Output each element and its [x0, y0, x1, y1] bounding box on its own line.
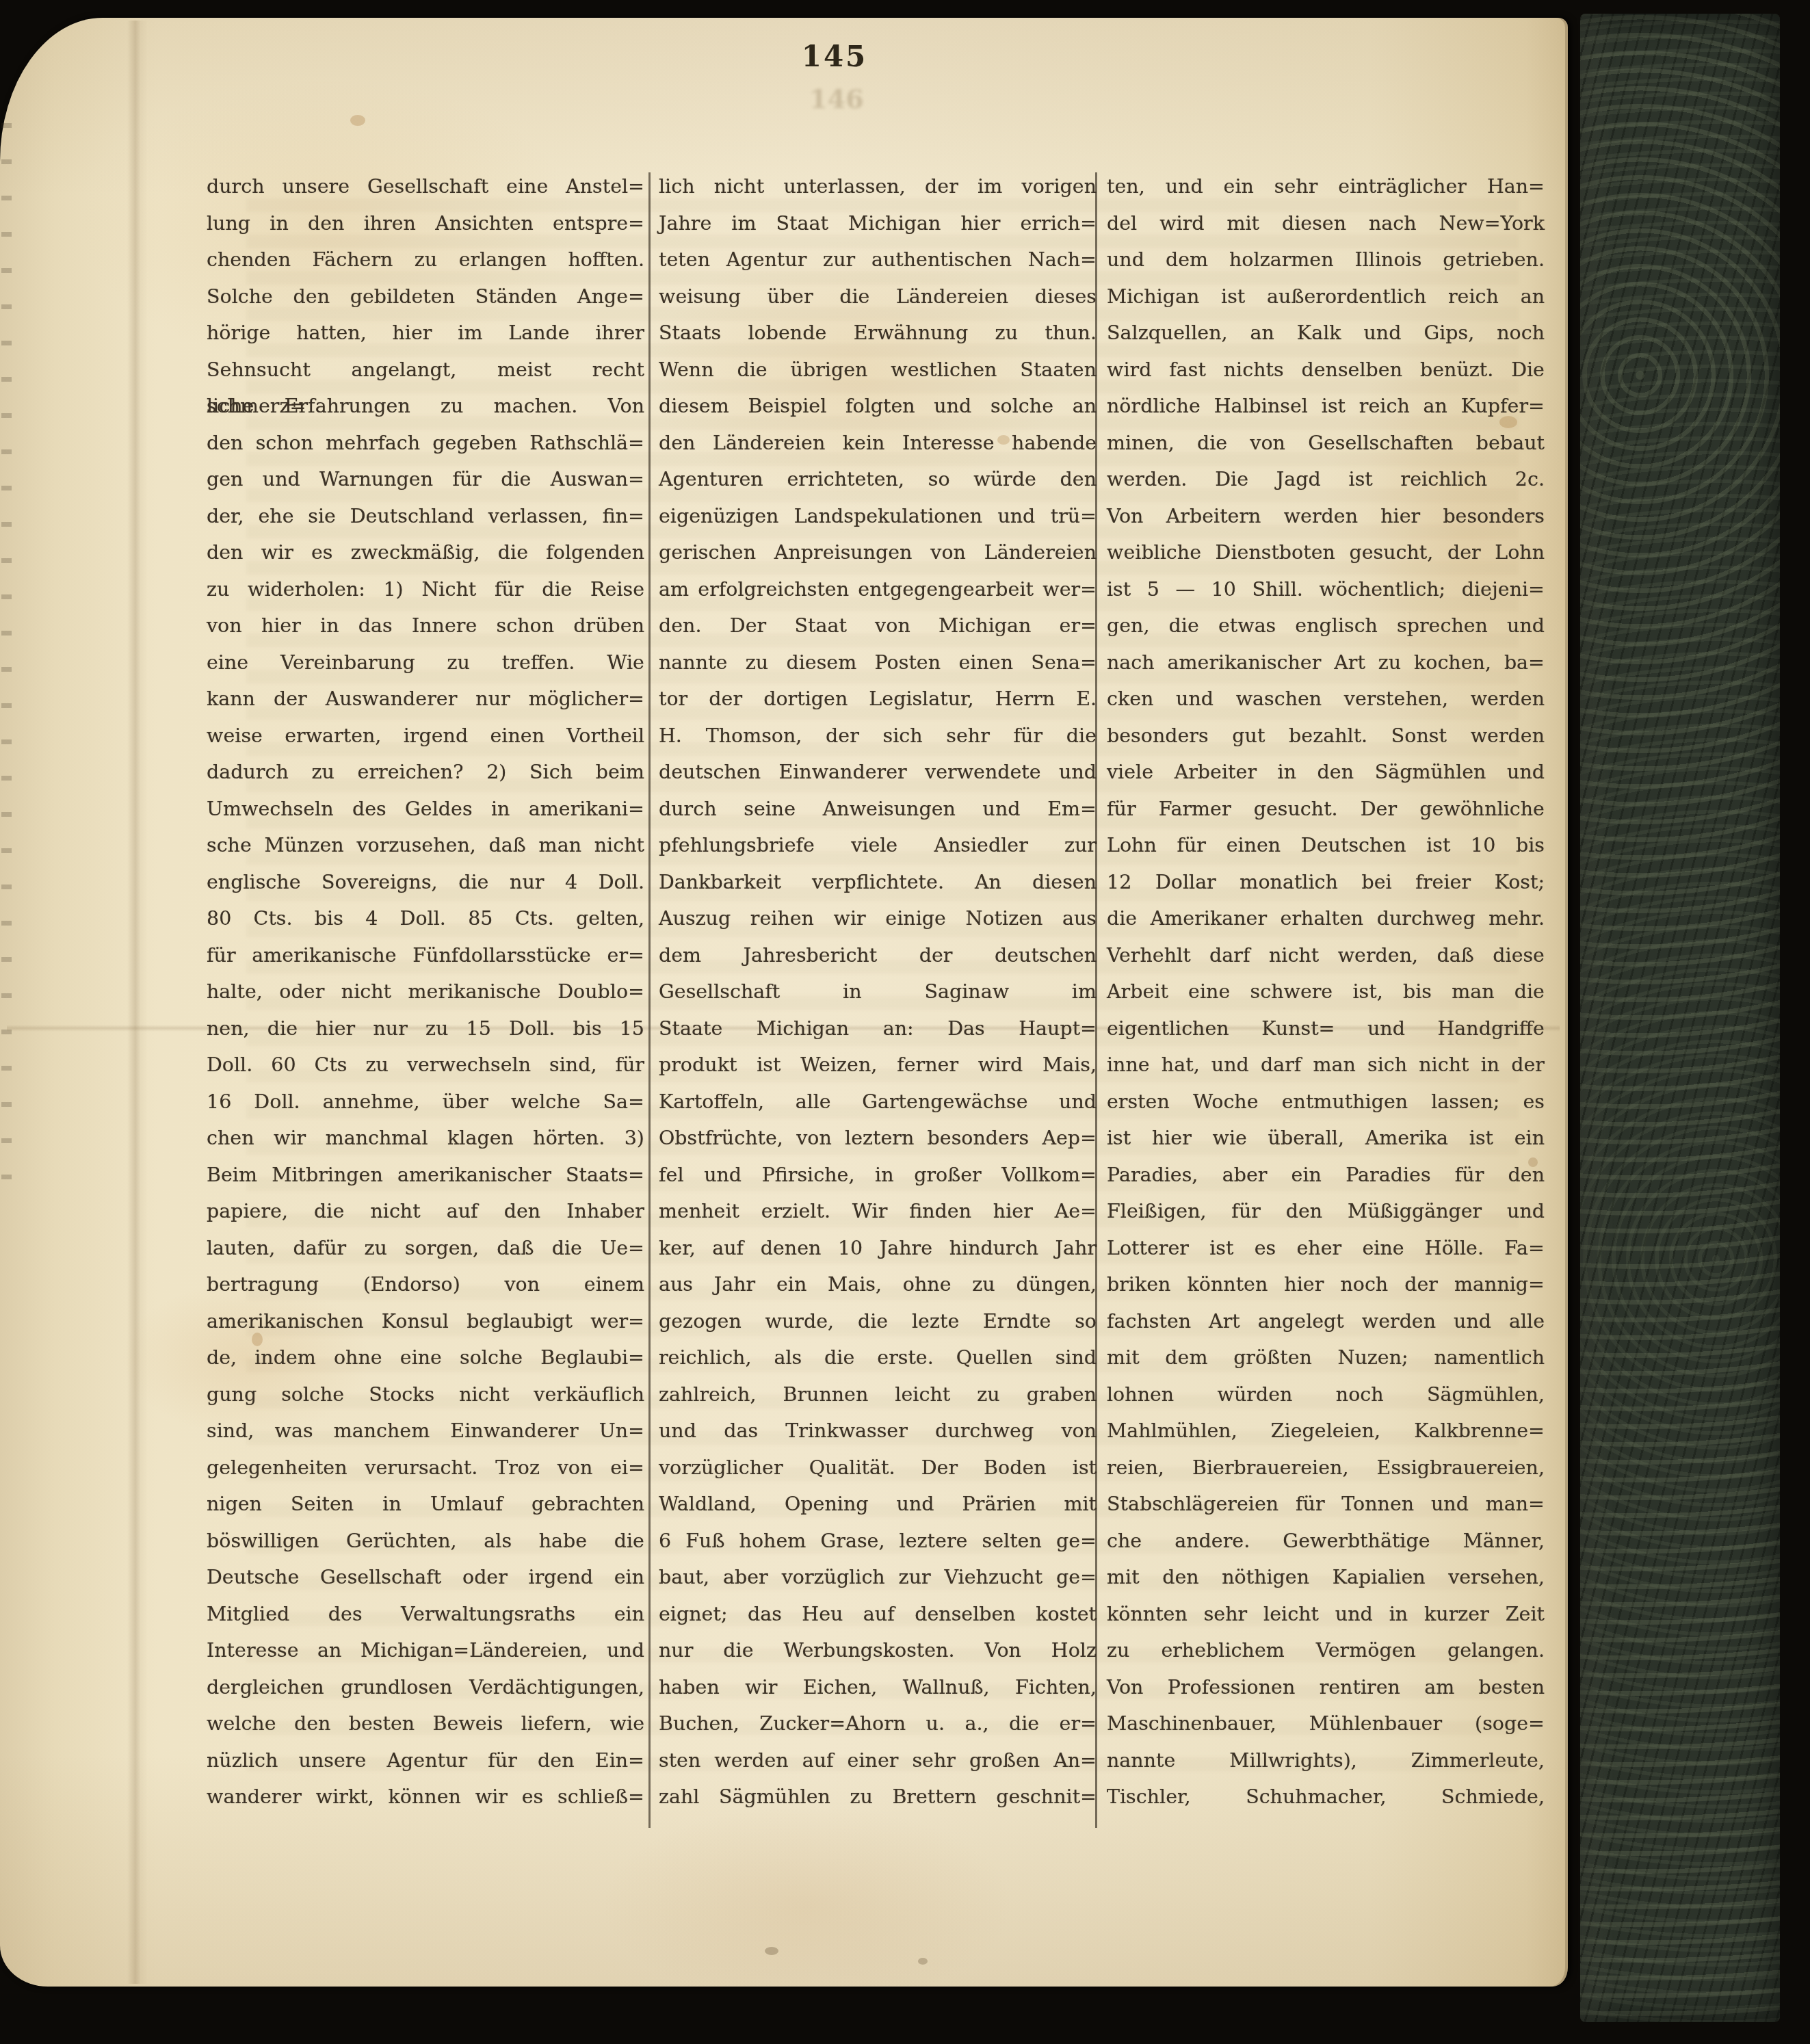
- text-line: eine Vereinbarung zu treffen. Wie: [207, 644, 644, 681]
- text-line: mit dem größten Nuzen; namentlich: [1107, 1339, 1545, 1376]
- text-line: Lohn für einen Deutschen ist 10 bis: [1107, 827, 1545, 864]
- text-line: del wird mit diesen nach New=York: [1107, 205, 1545, 242]
- text-line: nördliche Halbinsel ist reich an Kupfer=: [1107, 388, 1545, 425]
- text-line: Waldland, Opening und Prärien mit: [659, 1486, 1097, 1523]
- text-line: Mahlmühlen, Ziegeleien, Kalkbrenne=: [1107, 1413, 1545, 1450]
- text-line: welche den besten Beweis liefern, wie: [207, 1705, 644, 1742]
- text-line: eignet; das Heu auf denselben kostet: [659, 1596, 1097, 1633]
- text-line: nüzlich unsere Agentur für den Ein=: [207, 1742, 644, 1779]
- text-column-1: durch unsere Gesellschaft eine Anstel=lu…: [207, 168, 644, 1816]
- text-line: Kartoffeln, alle Gartengewächse und: [659, 1084, 1097, 1121]
- text-line: lauten, dafür zu sorgen, daß die Ue=: [207, 1230, 644, 1267]
- text-line: nigen Seiten in Umlauf gebrachten: [207, 1486, 644, 1523]
- text-line: chenden Fächern zu erlangen hofften.: [207, 241, 644, 278]
- text-column-3: ten, und ein sehr einträglicher Han=del …: [1107, 168, 1545, 1816]
- text-line: minen, die von Gesellschaften bebaut: [1107, 425, 1545, 462]
- text-line: viele Arbeiter in den Sägmühlen und: [1107, 754, 1545, 791]
- text-line: zahlreich, Brunnen leicht zu graben: [659, 1376, 1097, 1413]
- text-line: lich nicht unterlassen, der im vorigen: [659, 168, 1097, 205]
- text-line: sten werden auf einer sehr großen An=: [659, 1742, 1097, 1779]
- text-line: Gesellschaft in Saginaw im: [659, 973, 1097, 1010]
- text-line: papiere, die nicht auf den Inhaber: [207, 1193, 644, 1230]
- foxing-spot: [765, 1947, 778, 1955]
- text-line: für Farmer gesucht. Der gewöhnliche: [1107, 791, 1545, 828]
- bleedthrough-page-number: 146: [792, 83, 881, 114]
- text-line: und dem holzarmen Illinois getrieben.: [1107, 241, 1545, 278]
- text-line: durch seine Anweisungen und Em=: [659, 791, 1097, 828]
- text-line: Staats lobende Erwähnung zu thun.: [659, 315, 1097, 352]
- text-line: Deutsche Gesellschaft oder irgend ein: [207, 1559, 644, 1596]
- text-line: der, ehe sie Deutschland verlassen, fin=: [207, 498, 644, 535]
- text-line: sche Münzen vorzusehen, daß man nicht: [207, 827, 644, 864]
- text-line: reien, Bierbrauereien, Essigbrauereien,: [1107, 1450, 1545, 1486]
- text-line: zu widerholen: 1) Nicht für die Reise: [207, 571, 644, 608]
- text-line: Sehnsucht angelangt, meist recht schmerz…: [207, 352, 644, 389]
- gutter-crease: [127, 21, 148, 1984]
- text-line: 12 Dollar monatlich bei freier Kost;: [1107, 864, 1545, 901]
- text-line: besonders gut bezahlt. Sonst werden: [1107, 718, 1545, 755]
- text-line: Fleißigen, für den Müßiggänger und: [1107, 1193, 1545, 1230]
- text-line: deutschen Einwanderer verwendete und: [659, 754, 1097, 791]
- text-line: Maschinenbauer, Mühlenbauer (soge=: [1107, 1705, 1545, 1742]
- text-line: vorzüglicher Qualität. Der Boden ist: [659, 1450, 1097, 1486]
- text-line: den Ländereien kein Interesse habende: [659, 425, 1097, 462]
- text-line: nach amerikanischer Art zu kochen, ba=: [1107, 644, 1545, 681]
- text-line: zahl Sägmühlen zu Brettern geschnit=: [659, 1779, 1097, 1816]
- text-line: fel und Pfirsiche, in großer Vollkom=: [659, 1157, 1097, 1194]
- text-line: 80 Cts. bis 4 Doll. 85 Cts. gelten,: [207, 900, 644, 937]
- text-column-2: lich nicht unterlassen, der im vorigenJa…: [659, 168, 1097, 1816]
- foxing-spot: [997, 435, 1010, 445]
- text-line: dem Jahresbericht der deutschen: [659, 937, 1097, 974]
- book-cover-edge: [1580, 14, 1780, 2022]
- text-line: für amerikanische Fünfdollarsstücke er=: [207, 937, 644, 974]
- text-line: gelegenheiten verursacht. Troz von ei=: [207, 1450, 644, 1486]
- text-line: chen wir manchmal klagen hörten. 3): [207, 1120, 644, 1157]
- text-line: wird fast nichts denselben benüzt. Die: [1107, 352, 1545, 389]
- text-line: diesem Beispiel folgten und solche an: [659, 388, 1097, 425]
- text-line: Agenturen errichteten, so würde den: [659, 461, 1097, 498]
- text-line: produkt ist Weizen, ferner wird Mais,: [659, 1047, 1097, 1084]
- text-line: Solche den gebildeten Ständen Ange=: [207, 278, 644, 315]
- text-line: den. Der Staat von Michigan er=: [659, 607, 1097, 644]
- text-line: teten Agentur zur authentischen Nach=: [659, 241, 1097, 278]
- text-line: die Amerikaner erhalten durchweg mehr.: [1107, 900, 1545, 937]
- text-line: Von Professionen rentiren am besten: [1107, 1669, 1545, 1706]
- text-line: pfehlungsbriefe viele Ansiedler zur: [659, 827, 1097, 864]
- text-line: und das Trinkwasser durchweg von: [659, 1413, 1097, 1450]
- text-line: reichlich, als die erste. Quellen sind: [659, 1339, 1097, 1376]
- text-line: nur die Werbungskosten. Von Holz: [659, 1632, 1097, 1669]
- text-line: Obstfrüchte, von leztern besonders Aep=: [659, 1120, 1097, 1157]
- text-line: am erfolgreichsten entgegengearbeit wer=: [659, 571, 1097, 608]
- text-line: Von Arbeitern werden hier besonders: [1107, 498, 1545, 535]
- text-line: H. Thomson, der sich sehr für die: [659, 718, 1097, 755]
- text-line: fachsten Art angelegt werden und alle: [1107, 1303, 1545, 1340]
- text-line: lung in den ihren Ansichten entspre=: [207, 205, 644, 242]
- text-line: 16 Doll. annehme, über welche Sa=: [207, 1084, 644, 1121]
- text-line: sind, was manchem Einwanderer Un=: [207, 1413, 644, 1450]
- text-line: inne hat, und darf man sich nicht in der: [1107, 1047, 1545, 1084]
- column-rule: [648, 172, 651, 1828]
- text-line: menheit erzielt. Wir finden hier Ae=: [659, 1193, 1097, 1230]
- text-line: cken und waschen verstehen, werden: [1107, 681, 1545, 718]
- text-line: ten, und ein sehr einträglicher Han=: [1107, 168, 1545, 205]
- text-line: nannte zu diesem Posten einen Sena=: [659, 644, 1097, 681]
- text-line: liche Erfahrungen zu machen. Von: [207, 388, 644, 425]
- text-line: englische Sovereigns, die nur 4 Doll.: [207, 864, 644, 901]
- foxing-spot: [1528, 1157, 1538, 1167]
- text-line: dergleichen grundlosen Verdächtigungen,: [207, 1669, 644, 1706]
- text-line: eigentlichen Kunst= und Handgriffe: [1107, 1010, 1545, 1047]
- text-line: Tischler, Schuhmacher, Schmiede,: [1107, 1779, 1545, 1816]
- text-line: böswilligen Gerüchten, als habe die: [207, 1523, 644, 1560]
- text-line: Auszug reihen wir einige Notizen aus: [659, 900, 1097, 937]
- text-line: werden. Die Jagd ist reichlich 2c.: [1107, 461, 1545, 498]
- foxing-spot: [350, 115, 365, 126]
- text-line: Staate Michigan an: Das Haupt=: [659, 1010, 1097, 1047]
- text-line: lohnen würden noch Sägmühlen,: [1107, 1376, 1545, 1413]
- text-line: nannte Millwrights), Zimmerleute,: [1107, 1742, 1545, 1779]
- text-line: Interesse an Michigan=Ländereien, und: [207, 1632, 644, 1669]
- text-line: Buchen, Zucker=Ahorn u. a., die er=: [659, 1705, 1097, 1742]
- text-line: Lotterer ist es eher eine Hölle. Fa=: [1107, 1230, 1545, 1267]
- text-line: Verhehlt darf nicht werden, daß diese: [1107, 937, 1545, 974]
- text-line: halte, oder nicht merikanische Doublo=: [207, 973, 644, 1010]
- text-line: mit den nöthigen Kapialien versehen,: [1107, 1559, 1545, 1596]
- text-line: tor der dortigen Legislatur, Herrn E.: [659, 681, 1097, 718]
- text-line: Beim Mitbringen amerikanischer Staats=: [207, 1157, 644, 1194]
- text-line: Jahre im Staat Michigan hier errich=: [659, 205, 1097, 242]
- text-line: ker, auf denen 10 Jahre hindurch Jahr: [659, 1230, 1097, 1267]
- foxing-spot: [1499, 416, 1517, 428]
- text-line: gung solche Stocks nicht verkäuflich: [207, 1376, 644, 1413]
- text-line: den wir es zweckmäßig, die folgenden: [207, 534, 644, 571]
- text-line: Wenn die übrigen westlichen Staaten: [659, 352, 1097, 389]
- text-line: aus Jahr ein Mais, ohne zu düngen,: [659, 1266, 1097, 1303]
- text-line: gen und Warnungen für die Auswan=: [207, 461, 644, 498]
- text-line: gezogen wurde, die lezte Erndte so: [659, 1303, 1097, 1340]
- text-line: kann der Auswanderer nur möglicher=: [207, 681, 644, 718]
- page-number: 145: [787, 40, 882, 73]
- text-line: weise erwarten, irgend einen Vortheil: [207, 718, 644, 755]
- text-line: von hier in das Innere schon drüben: [207, 607, 644, 644]
- text-line: hörige hatten, hier im Lande ihrer: [207, 315, 644, 352]
- text-line: gerischen Anpreisungen von Ländereien: [659, 534, 1097, 571]
- text-line: Arbeit eine schwere ist, bis man die: [1107, 973, 1545, 1010]
- text-line: wanderer wirkt, können wir es schließ=: [207, 1779, 644, 1816]
- text-line: durch unsere Gesellschaft eine Anstel=: [207, 168, 644, 205]
- text-line: Salzquellen, an Kalk und Gips, noch: [1107, 315, 1545, 352]
- text-line: che andere. Gewerbthätige Männer,: [1107, 1523, 1545, 1560]
- text-line: könnten sehr leicht und in kurzer Zeit: [1107, 1596, 1545, 1633]
- facing-page-text-slivers: [1, 123, 12, 1197]
- text-line: Mitglied des Verwaltungsraths ein: [207, 1596, 644, 1633]
- text-line: den schon mehrfach gegeben Rathschlä=: [207, 425, 644, 462]
- text-line: eigenüzigen Landspekulationen und trü=: [659, 498, 1097, 535]
- text-line: briken könnten hier noch der mannig=: [1107, 1266, 1545, 1303]
- text-line: de, indem ohne eine solche Beglaubi=: [207, 1339, 644, 1376]
- text-line: Michigan ist außerordentlich reich an: [1107, 278, 1545, 315]
- text-line: ist 5 — 10 Shill. wöchentlich; diejeni=: [1107, 571, 1545, 608]
- foxing-spot: [252, 1333, 263, 1346]
- foxing-spot: [918, 1958, 928, 1965]
- text-line: weisung über die Ländereien dieses: [659, 278, 1097, 315]
- text-line: Doll. 60 Cts zu verwechseln sind, für: [207, 1047, 644, 1084]
- text-line: amerikanischen Konsul beglaubigt wer=: [207, 1303, 644, 1340]
- book-scan: 146 145 durch unsere Gesellschaft eine A…: [0, 0, 1810, 2044]
- text-line: ist hier wie überall, Amerika ist ein: [1107, 1120, 1545, 1157]
- text-line: Dankbarkeit verpflichtete. An diesen: [659, 864, 1097, 901]
- text-line: baut, aber vorzüglich zur Viehzucht ge=: [659, 1559, 1097, 1596]
- text-line: gen, die etwas englisch sprechen und: [1107, 607, 1545, 644]
- text-line: bertragung (Endorso) von einem: [207, 1266, 644, 1303]
- text-line: haben wir Eichen, Wallnuß, Fichten,: [659, 1669, 1097, 1706]
- text-line: 6 Fuß hohem Grase, leztere selten ge=: [659, 1523, 1097, 1560]
- text-line: ersten Woche entmuthigen lassen; es: [1107, 1084, 1545, 1121]
- text-line: nen, die hier nur zu 15 Doll. bis 15: [207, 1010, 644, 1047]
- text-line: Umwechseln des Geldes in amerikani=: [207, 791, 644, 828]
- text-line: weibliche Dienstboten gesucht, der Lohn: [1107, 534, 1545, 571]
- text-line: dadurch zu erreichen? 2) Sich beim: [207, 754, 644, 791]
- text-line: Stabschlägereien für Tonnen und man=: [1107, 1486, 1545, 1523]
- text-line: Paradies, aber ein Paradies für den: [1107, 1157, 1545, 1194]
- text-line: zu erheblichem Vermögen gelangen.: [1107, 1632, 1545, 1669]
